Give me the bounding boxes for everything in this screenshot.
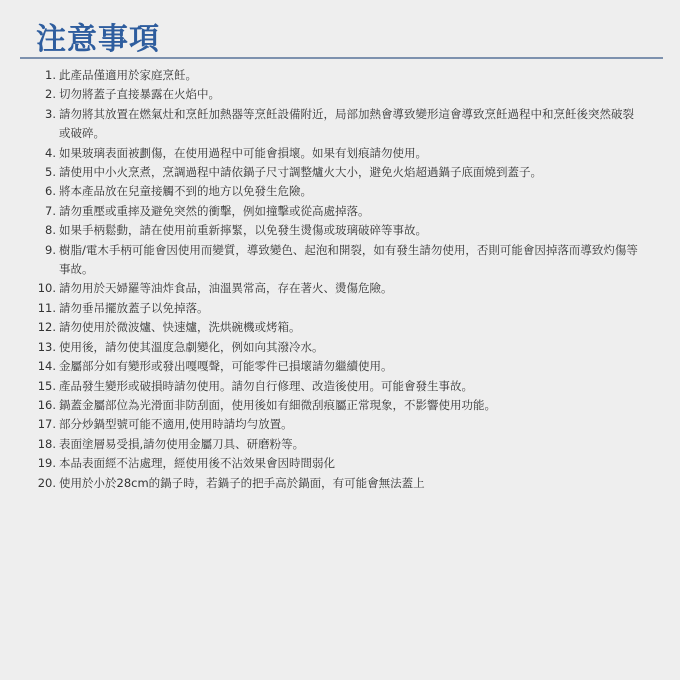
list-item: 13.使用後，請勿使其溫度急劇變化，例如向其潑冷水。: [32, 338, 642, 357]
item-number: 6.: [32, 182, 59, 201]
list-item: 18.表面塗層易受損,請勿使用金屬刀具、研磨粉等。: [32, 435, 642, 454]
item-text: 請勿將其放置在燃氣灶和烹飪加熱器等烹飪設備附近，局部加熱會導致變形這會導致烹飪過…: [59, 105, 642, 144]
item-number: 12.: [32, 318, 59, 337]
list-item: 11.請勿垂吊擺放蓋子以免掉落。: [32, 299, 642, 318]
item-text: 請勿重壓或重摔及避免突然的衝擊，例如撞擊或從高處掉落。: [59, 202, 642, 221]
item-text: 切勿將蓋子直接暴露在火焰中。: [59, 85, 642, 104]
item-text: 本品表面經不沾處理，經使用後不沾效果會因時間弱化: [59, 454, 642, 473]
list-item: 6.將本產品放在兒童接觸不到的地方以免發生危險。: [32, 182, 642, 201]
item-text: 樹脂/電木手柄可能會因使用而變質，導致變色、起泡和開裂，如有發生請勿使用，否則可…: [59, 241, 642, 280]
list-item: 10.請勿用於天婦羅等油炸食品，油溫異常高，存在著火、燙傷危險。: [32, 279, 642, 298]
item-number: 19.: [32, 454, 59, 473]
list-item: 4.如果玻璃表面被劃傷，在使用過程中可能會損壞。如果有划痕請勿使用。: [32, 144, 642, 163]
item-number: 15.: [32, 377, 59, 396]
item-text: 部分炒鍋型號可能不適用,使用時請均勻放置。: [59, 415, 642, 434]
item-text: 表面塗層易受損,請勿使用金屬刀具、研磨粉等。: [59, 435, 642, 454]
item-text: 如果玻璃表面被劃傷，在使用過程中可能會損壞。如果有划痕請勿使用。: [59, 144, 642, 163]
item-text: 鍋蓋金屬部位為光滑面非防刮面，使用後如有細微刮痕屬正常現象，不影響使用功能。: [59, 396, 642, 415]
item-text: 請使用中小火烹煮，烹調過程中請依鍋子尺寸調整爐火大小，避免火焰超過鍋子底面燒到蓋…: [59, 163, 642, 182]
list-item: 7.請勿重壓或重摔及避免突然的衝擊，例如撞擊或從高處掉落。: [32, 202, 642, 221]
item-number: 1.: [32, 66, 59, 85]
list-item: 17.部分炒鍋型號可能不適用,使用時請均勻放置。: [32, 415, 642, 434]
item-text: 請勿用於天婦羅等油炸食品，油溫異常高，存在著火、燙傷危險。: [59, 279, 642, 298]
list-item: 3.請勿將其放置在燃氣灶和烹飪加熱器等烹飪設備附近，局部加熱會導致變形這會導致烹…: [32, 105, 642, 144]
item-text: 將本產品放在兒童接觸不到的地方以免發生危險。: [59, 182, 642, 201]
item-text: 請勿垂吊擺放蓋子以免掉落。: [59, 299, 642, 318]
precautions-list: 1.此產品僅適用於家庭烹飪。 2.切勿將蓋子直接暴露在火焰中。 3.請勿將其放置…: [32, 66, 642, 493]
item-text: 使用於小於28cm的鍋子時，若鍋子的把手高於鍋面，有可能會無法蓋上: [59, 474, 642, 493]
item-text: 請勿使用於微波爐、快速爐，洗烘碗機或烤箱。: [59, 318, 642, 337]
item-number: 5.: [32, 163, 59, 182]
item-number: 7.: [32, 202, 59, 221]
list-item: 1.此產品僅適用於家庭烹飪。: [32, 66, 642, 85]
item-text: 如果手柄鬆動，請在使用前重新擰緊，以免發生燙傷或玻璃破碎等事故。: [59, 221, 642, 240]
item-number: 3.: [32, 105, 59, 144]
item-number: 2.: [32, 85, 59, 104]
item-number: 18.: [32, 435, 59, 454]
list-item: 15.產品發生變形或破損時請勿使用。請勿自行修理、改造後使用。可能會發生事故。: [32, 377, 642, 396]
item-number: 13.: [32, 338, 59, 357]
item-text: 使用後，請勿使其溫度急劇變化，例如向其潑冷水。: [59, 338, 642, 357]
item-number: 14.: [32, 357, 59, 376]
item-number: 8.: [32, 221, 59, 240]
list-item: 19.本品表面經不沾處理，經使用後不沾效果會因時間弱化: [32, 454, 642, 473]
list-item: 16.鍋蓋金屬部位為光滑面非防刮面，使用後如有細微刮痕屬正常現象，不影響使用功能…: [32, 396, 642, 415]
list-item: 5.請使用中小火烹煮，烹調過程中請依鍋子尺寸調整爐火大小，避免火焰超過鍋子底面燒…: [32, 163, 642, 182]
list-item: 20.使用於小於28cm的鍋子時，若鍋子的把手高於鍋面，有可能會無法蓋上: [32, 474, 642, 493]
item-number: 4.: [32, 144, 59, 163]
item-number: 9.: [32, 241, 59, 280]
page-title: 注意事項: [36, 20, 160, 60]
list-item: 12.請勿使用於微波爐、快速爐，洗烘碗機或烤箱。: [32, 318, 642, 337]
item-number: 11.: [32, 299, 59, 318]
list-item: 14.金屬部分如有變形或發出嘎嘎聲，可能零件已損壞請勿繼續使用。: [32, 357, 642, 376]
item-number: 20.: [32, 474, 59, 493]
list-item: 8.如果手柄鬆動，請在使用前重新擰緊，以免發生燙傷或玻璃破碎等事故。: [32, 221, 642, 240]
item-text: 此產品僅適用於家庭烹飪。: [59, 66, 642, 85]
title-divider: [20, 57, 663, 59]
list-item: 2.切勿將蓋子直接暴露在火焰中。: [32, 85, 642, 104]
list-item: 9.樹脂/電木手柄可能會因使用而變質，導致變色、起泡和開裂，如有發生請勿使用，否…: [32, 241, 642, 280]
item-text: 產品發生變形或破損時請勿使用。請勿自行修理、改造後使用。可能會發生事故。: [59, 377, 642, 396]
item-number: 17.: [32, 415, 59, 434]
item-number: 16.: [32, 396, 59, 415]
item-text: 金屬部分如有變形或發出嘎嘎聲，可能零件已損壞請勿繼續使用。: [59, 357, 642, 376]
item-number: 10.: [32, 279, 59, 298]
